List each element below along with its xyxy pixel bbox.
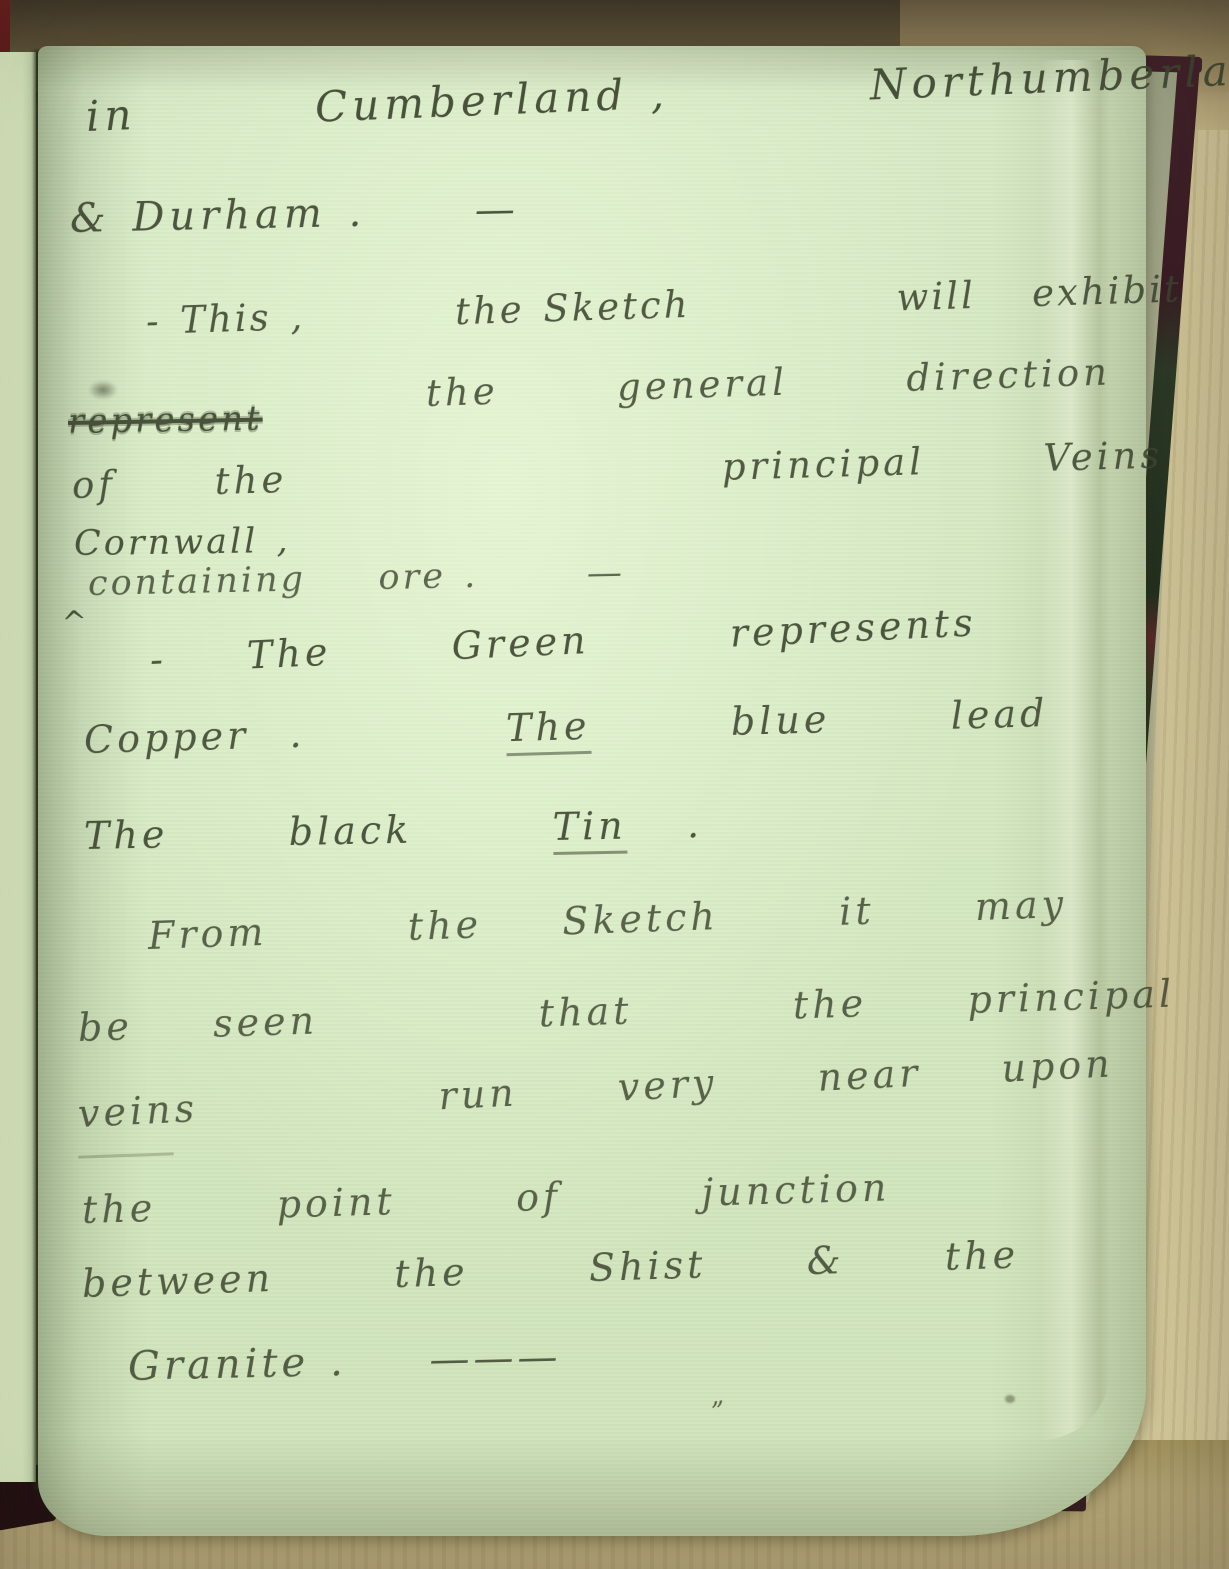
hw11-period: . — [626, 802, 703, 847]
notebook-photo: in Cumberland , Northumberland & Durham … — [0, 0, 1229, 1569]
manuscript-page — [38, 46, 1146, 1536]
page-fold-highlight — [1040, 60, 1110, 1440]
paper-stain-dot — [1005, 1395, 1015, 1403]
hw11-tin-underlined: Tin — [552, 804, 627, 855]
insertion-caret: ^ — [61, 604, 92, 641]
facing-page-sliver — [0, 52, 36, 1482]
handwriting-line-2: & Durham . — — [70, 187, 521, 242]
handwriting-insert-cornwall: Cornwall , — [74, 521, 291, 564]
handwriting-struck-word: represent — [68, 399, 263, 442]
hw11-the-black: The black — [84, 805, 554, 858]
ink-smudge — [88, 380, 118, 400]
hw10-the-underlined: The — [506, 704, 592, 756]
handwriting-line-17: Granite . ——— — [127, 1334, 561, 1390]
